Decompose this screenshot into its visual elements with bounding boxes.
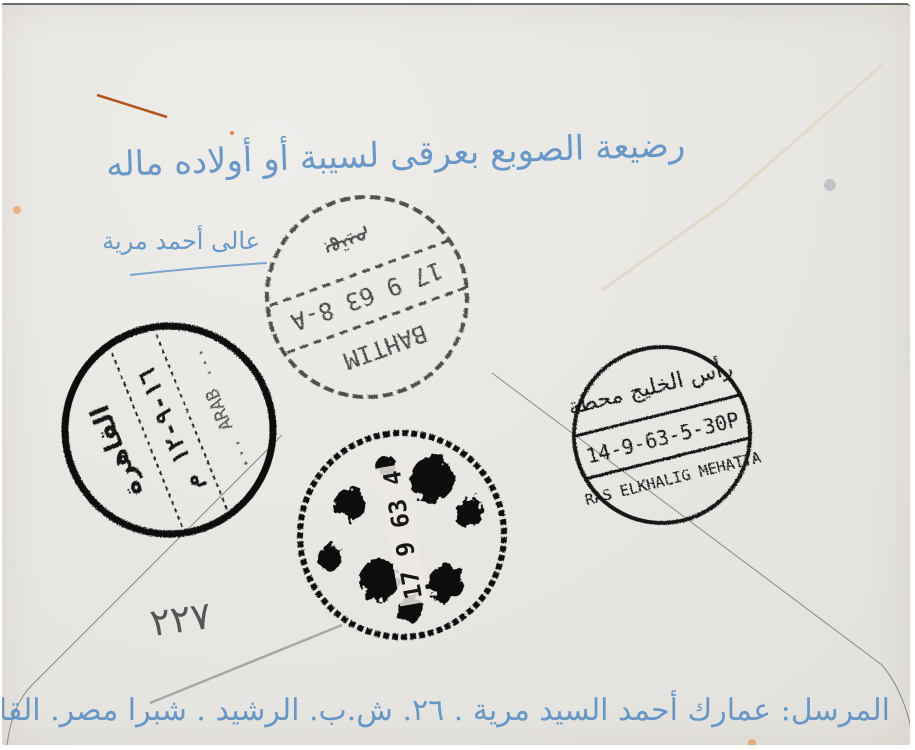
postmark-left: القاهرة ١٦-٩-١٢ م ... ARAB ... bbox=[34, 295, 305, 566]
envelope-back: رضيعة الصوبع بعرقى لسيبة أو أولاده ماله … bbox=[2, 3, 910, 745]
postmark-ras-el-khalig: رأس الخليج محطة 14-9-63-5-30P RAS ELKHAL… bbox=[553, 328, 771, 542]
postmarks-layer: BAHTIM 17 9 63 8-A بهتيم القاهرة ١٦-٩-١٢… bbox=[2, 5, 910, 745]
postmark-bahtim-arabic: بهتيم bbox=[321, 225, 376, 268]
postmark-left-arabic: القاهرة bbox=[85, 401, 149, 502]
postmark-left-name: ... ARAB ... bbox=[185, 345, 253, 473]
postmark-bahtim: BAHTIM 17 9 63 8-A بهتيم bbox=[239, 169, 495, 425]
postmark-smudged: 17 9 63 4 bbox=[284, 417, 520, 653]
